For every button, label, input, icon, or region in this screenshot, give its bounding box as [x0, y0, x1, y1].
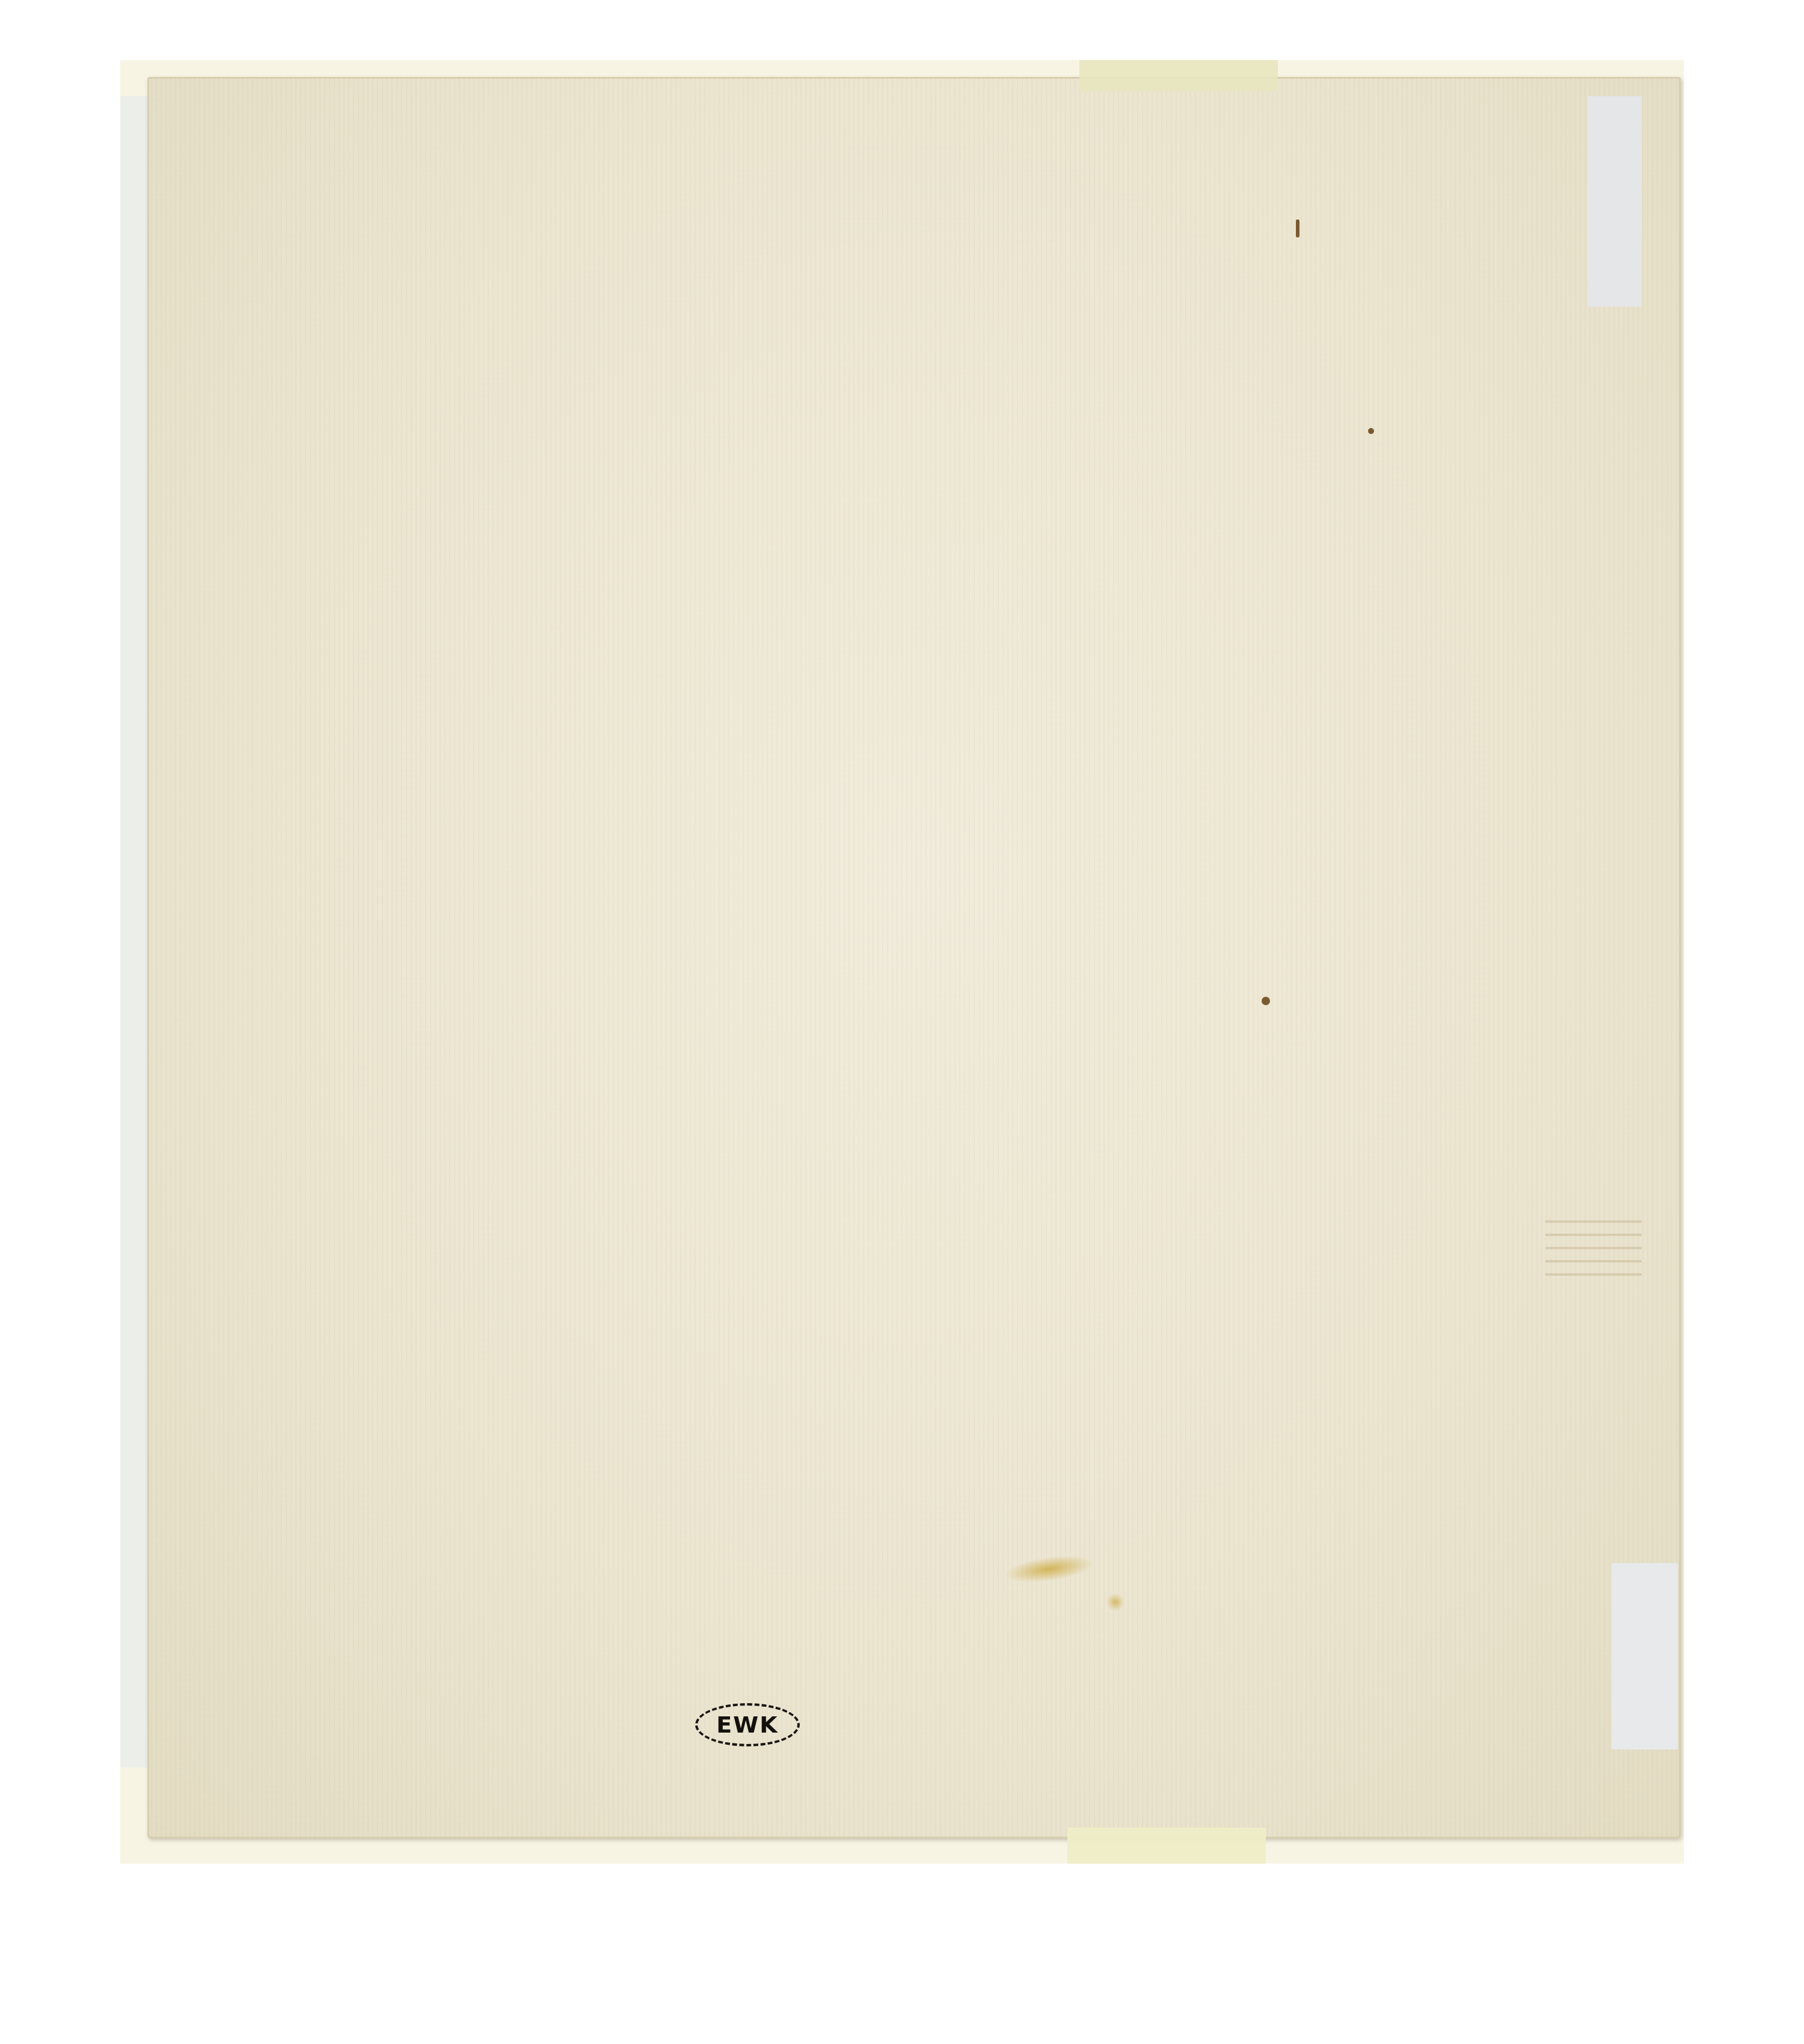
- tape-hinge-bottom: [1067, 1828, 1266, 1864]
- stamp-text: EWK: [716, 1712, 778, 1738]
- ink-speck: [1296, 219, 1299, 237]
- tape-hinge-top: [1079, 60, 1278, 91]
- tape-hinge-right-bottom: [1612, 1563, 1678, 1749]
- collector-stamp: EWK: [695, 1703, 800, 1746]
- tape-hinge-right-top: [1588, 96, 1642, 307]
- ink-speck: [1368, 428, 1374, 434]
- stain-yellow-small: [1106, 1593, 1124, 1611]
- foxing-marks: [1545, 1220, 1642, 1287]
- paper-sheet: [147, 77, 1681, 1838]
- ink-speck: [1262, 997, 1270, 1005]
